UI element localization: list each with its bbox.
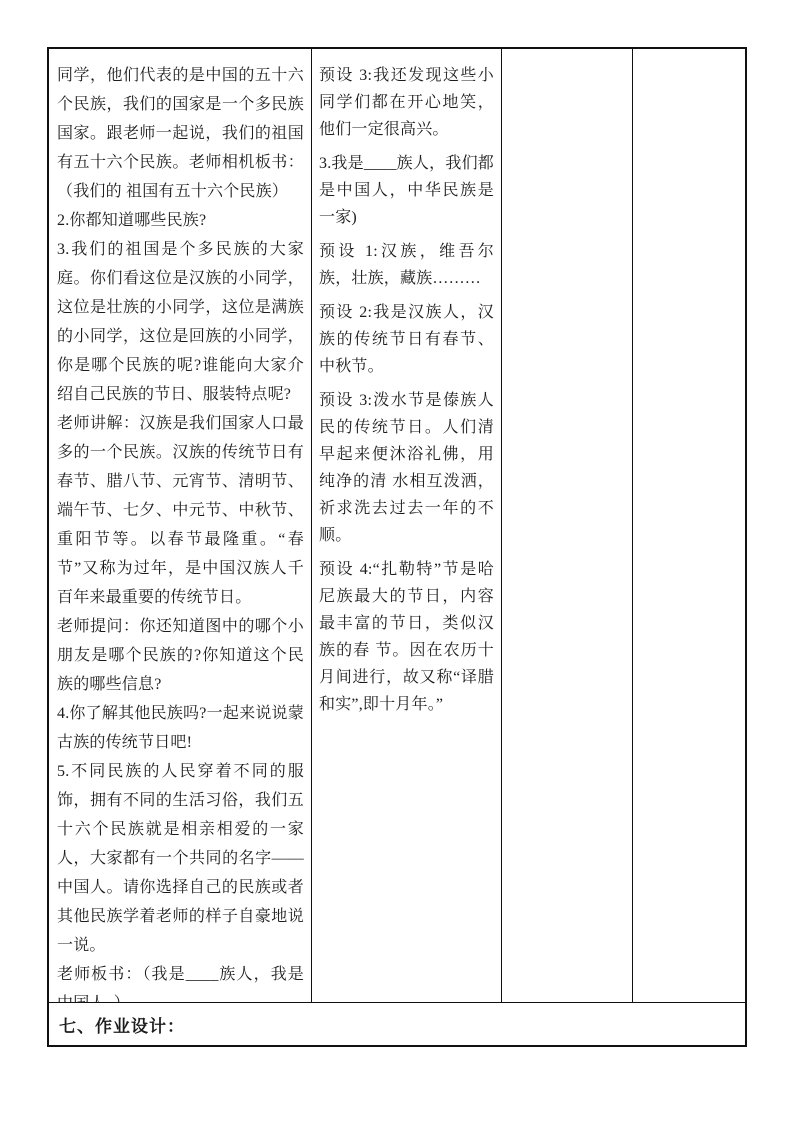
preset-paragraph: 预设 3:泼水节是傣族人民的传统节日。人们清早起来便沐浴礼佛，用纯净的清 水相互… <box>319 387 494 549</box>
preset-paragraph: 3.我是____族人，我们都是中国人，中华民族是一家) <box>319 150 494 231</box>
teaching-paragraph: 4.你了解其他民族吗?一起来说说蒙古族的传统节日吧! <box>57 699 304 757</box>
preset-paragraph: 预设 2:我是汉族人，汉族的传统节日有春节、中秋节。 <box>319 299 494 380</box>
teaching-paragraph: 3.我们的祖国是个多民族的大家庭。你们看这位是汉族的小同学，这位是壮族的小同学，… <box>57 235 304 409</box>
homework-design-heading: 七、作业设计： <box>59 1012 185 1037</box>
teaching-paragraph: 5.不同民族的人民穿着不同的服饰，拥有不同的生活习俗，我们五十六个民族就是相亲相… <box>57 757 304 960</box>
preset-paragraph: 预设 1:汉族，维吾尔族，壮族，藏族……… <box>319 238 494 292</box>
teaching-paragraph: 老师讲解：汉族是我们国家人口最多的一个民族。汉族的传统节日有春节、腊八节、元宵节… <box>57 409 304 612</box>
preset-responses-cell: 预设 3:我还发现这些小同学们都在开心地笑，他们一定很高兴。 3.我是____族… <box>312 49 502 1002</box>
teaching-paragraph: 老师板书：（我是____族人，我是中国人。） <box>57 960 304 1002</box>
teaching-paragraph: 同学，他们代表的是中国的五十六个民族，我们的国家是一个多民族国家。跟老师一起说，… <box>57 61 304 206</box>
teaching-process-cell: 同学，他们代表的是中国的五十六个民族，我们的国家是一个多民族国家。跟老师一起说，… <box>49 49 312 1002</box>
lesson-plan-table: 同学，他们代表的是中国的五十六个民族，我们的国家是一个多民族国家。跟老师一起说，… <box>47 47 747 1047</box>
preset-paragraph: 预设 4:“扎勒特”节是哈尼族最大的节日，内容最丰富的节日，类似汉族的春 节。因… <box>319 556 494 718</box>
empty-column-cell-2 <box>633 49 745 1002</box>
lesson-plan-body-row: 同学，他们代表的是中国的五十六个民族，我们的国家是一个多民族国家。跟老师一起说，… <box>49 49 745 1002</box>
homework-design-row: 七、作业设计： <box>49 1002 745 1045</box>
empty-column-cell-1 <box>502 49 633 1002</box>
teaching-paragraph: 老师提问：你还知道图中的哪个小朋友是哪个民族的?你知道这个民族的哪些信息? <box>57 612 304 699</box>
document-page: 同学，他们代表的是中国的五十六个民族，我们的国家是一个多民族国家。跟老师一起说，… <box>0 0 793 1122</box>
teaching-paragraph: 2.你都知道哪些民族? <box>57 206 304 235</box>
preset-paragraph: 预设 3:我还发现这些小同学们都在开心地笑，他们一定很高兴。 <box>319 62 494 143</box>
